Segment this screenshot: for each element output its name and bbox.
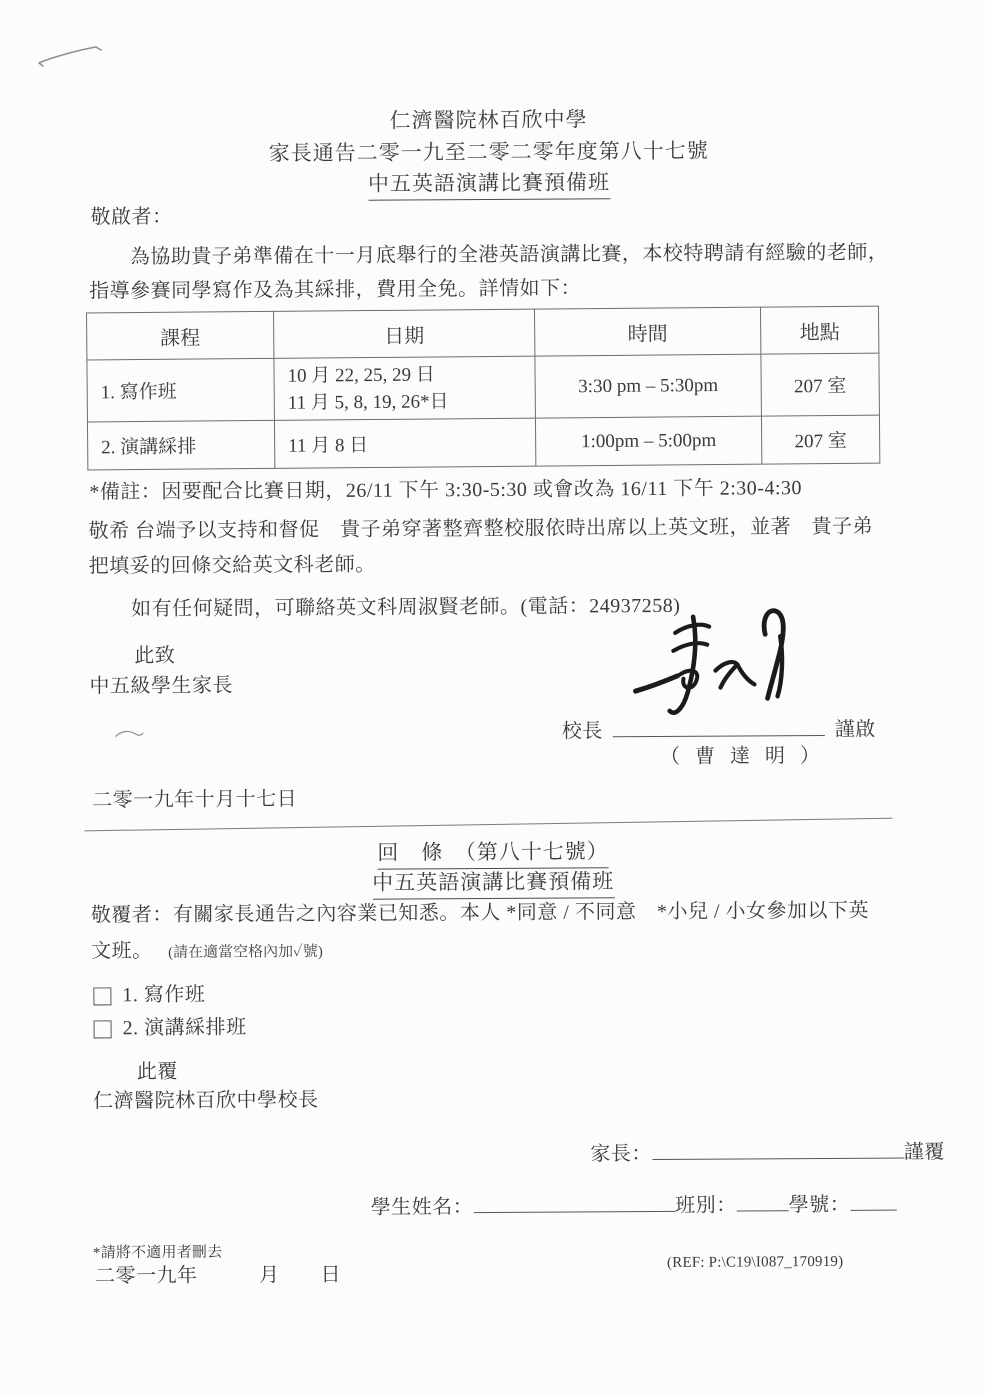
course-table-header-row: 課程 日期 時間 地點 bbox=[87, 306, 879, 360]
reply-subtitle-text: 中五英語演講比賽預備班 bbox=[372, 865, 614, 899]
col-header-time: 時間 bbox=[534, 307, 760, 356]
principal-sign-suffix: 謹啟 bbox=[835, 717, 876, 744]
parent-label: 家長： bbox=[590, 1141, 652, 1168]
issue-date: 二零一九年十月十七日 bbox=[92, 786, 297, 814]
remark-line: *備註：因要配合比賽日期，26/11 下午 3:30-5:30 或會改為 16/… bbox=[89, 474, 939, 506]
class-label: 班別： bbox=[675, 1193, 737, 1220]
parent-sign-row: 家長： 謹覆 bbox=[590, 1134, 945, 1168]
reply-fill-date: 二零一九年 月 日 bbox=[95, 1262, 341, 1291]
reply-tick-note: (請在適當空格內加✓號) bbox=[168, 944, 323, 961]
cell-dates-1-line1: 10 月 22, 25, 29 日 bbox=[287, 360, 533, 389]
course-table-wrap: 課程 日期 時間 地點 1. 寫作班 10 月 22, 25, 29 日 11 … bbox=[86, 307, 880, 470]
parent-sign-suffix: 謹覆 bbox=[904, 1139, 945, 1166]
cell-course-1: 1. 寫作班 bbox=[87, 358, 275, 422]
support-line-1: 敬希 台端予以支持和督促 貴子弟穿著整齊整校服依時出席以上英文班，並著 貴子弟 bbox=[88, 513, 938, 545]
principal-signature-field[interactable] bbox=[613, 712, 825, 737]
col-header-date: 日期 bbox=[274, 309, 535, 358]
col-header-venue: 地點 bbox=[760, 306, 878, 354]
document-page: 仁濟醫院林百欣中學 家長通告二零一九至二零二零年度第八十七號 中五英語演講比賽預… bbox=[0, 0, 985, 1394]
contact-line: 如有任何疑問，可聯絡英文科周淑賢老師。(電話：24937258) bbox=[131, 591, 931, 623]
cell-venue-2: 207 室 bbox=[761, 415, 879, 464]
cell-dates-1-line2: 11 月 5, 8, 19, 26*日 bbox=[288, 387, 534, 416]
reply-close-target: 仁濟醫院林百欣中學校長 bbox=[93, 1087, 319, 1115]
school-name: 仁濟醫院林百欣中學 bbox=[0, 101, 981, 137]
cell-dates-1: 10 月 22, 25, 29 日 11 月 5, 8, 19, 26*日 bbox=[274, 356, 536, 420]
pencil-smudge bbox=[112, 724, 146, 742]
course-table: 課程 日期 時間 地點 1. 寫作班 10 月 22, 25, 29 日 11 … bbox=[86, 306, 880, 471]
principal-sign-row: 校長 謹啟 bbox=[562, 712, 876, 746]
option-label-rehearsal-class: 2. 演講綵排班 bbox=[123, 1015, 247, 1043]
checkbox-writing-class[interactable] bbox=[93, 987, 111, 1005]
table-row-writing-class: 1. 寫作班 10 月 22, 25, 29 日 11 月 5, 8, 19, … bbox=[87, 353, 880, 422]
student-number-label: 學號： bbox=[789, 1192, 851, 1219]
reply-subtitle: 中五英語演講比賽預備班 bbox=[1, 863, 985, 902]
reply-body-line-1: 敬覆者：有關家長通告之內容業已知悉。本人 *同意 / 不同意 *小兒 / 小女參… bbox=[91, 897, 941, 929]
support-line-2: 把填妥的回條交給英文科老師。 bbox=[89, 548, 939, 580]
reply-close-label: 此覆 bbox=[137, 1059, 178, 1086]
class-field[interactable] bbox=[737, 1187, 789, 1211]
delete-footnote: *請將不適用者刪去 bbox=[93, 1241, 222, 1263]
student-info-row: 學生姓名： 班別： 學號： bbox=[371, 1187, 897, 1222]
option-row-writing-class: 1. 寫作班 bbox=[93, 982, 205, 1010]
checkbox-rehearsal-class[interactable] bbox=[94, 1020, 112, 1038]
salutation: 敬啟者： bbox=[91, 204, 173, 232]
cell-course-2: 2. 演講綵排 bbox=[87, 420, 274, 470]
cell-venue-1: 207 室 bbox=[761, 353, 880, 416]
cc-label: 此致 bbox=[134, 643, 175, 670]
parent-signature-field[interactable] bbox=[652, 1134, 904, 1160]
cell-time-1: 3:30 pm – 5:30pm bbox=[535, 354, 762, 418]
notice-sheet: 仁濟醫院林百欣中學 家長通告二零一九至二零二零年度第八十七號 中五英語演講比賽預… bbox=[0, 0, 985, 1394]
cell-dates-2: 11 月 8 日 bbox=[274, 418, 535, 468]
student-number-field[interactable] bbox=[850, 1187, 896, 1211]
notice-title: 家長通告二零一九至二零二零年度第八十七號 bbox=[0, 133, 981, 169]
reply-body-line-2-text: 文班。 bbox=[91, 940, 153, 962]
intro-line-2: 指導參賽同學寫作及為其綵排，費用全免。詳情如下： bbox=[89, 273, 929, 305]
cc-target: 中五級學生家長 bbox=[89, 673, 233, 701]
table-row-rehearsal: 2. 演講綵排 11 月 8 日 1:00pm – 5:00pm 207 室 bbox=[87, 415, 879, 470]
notice-subject: 中五英語演講比賽預備班 bbox=[0, 164, 982, 203]
principal-label: 校長 bbox=[562, 718, 603, 745]
student-name-field[interactable] bbox=[473, 1188, 675, 1213]
option-row-rehearsal-class: 2. 演講綵排班 bbox=[94, 1015, 247, 1043]
principal-name: （ 曹 達 明 ） bbox=[660, 743, 825, 771]
notice-subject-text: 中五英語演講比賽預備班 bbox=[368, 166, 610, 200]
reply-body-line-2: 文班。 (請在適當空格內加✓號) bbox=[91, 933, 941, 965]
ref-code: (REF: P:\C19\I087_170919) bbox=[667, 1254, 843, 1272]
student-name-label: 學生姓名： bbox=[371, 1194, 474, 1222]
section-divider bbox=[84, 818, 892, 832]
option-label-writing-class: 1. 寫作班 bbox=[122, 982, 205, 1010]
cell-time-2: 1:00pm – 5:00pm bbox=[535, 416, 761, 466]
col-header-course: 課程 bbox=[87, 311, 274, 360]
intro-line-1: 為協助貴子弟準備在十一月底舉行的全港英語演講比賽，本校特聘請有經驗的老師， bbox=[89, 239, 970, 271]
